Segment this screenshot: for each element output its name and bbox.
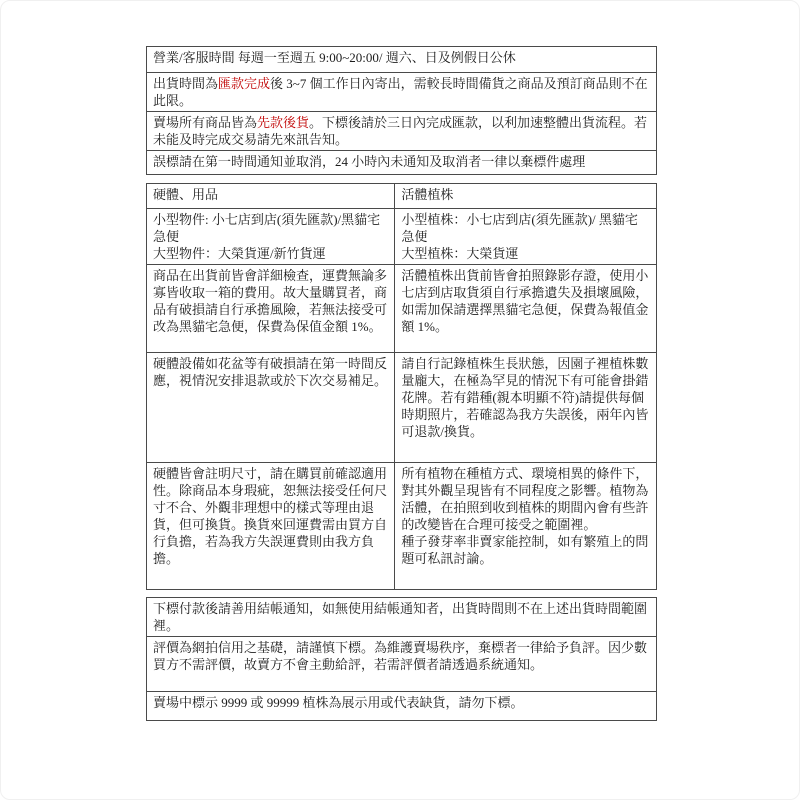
plants-variation-cell: 所有植物在種植方式、環境相異的條件下，對其外觀呈現皆有不同程度之影響。植物為活體… [395, 463, 657, 590]
damage-mislabel-row: 硬體設備如花盆等有破損請在第一時間反應，視情況安排退款或於下次交易補足。 請自行… [147, 353, 657, 463]
business-hours-row: 營業/客服時間 每週一至週五 9:00~20:00/ 週六、日及例假日公休 [147, 47, 657, 73]
rating-policy-row: 評價為網拍信用之基礎，請謹慎下標。為維護賣場秩序，棄標者一律給予負評。因少數買方… [147, 637, 657, 692]
hardware-inspection-cell: 商品在出貨前皆會詳細檢查，運費無論多寡皆收取一箱的費用。故大量購買者，商品有破損… [147, 265, 395, 353]
shipping-time-text: 出貨時間為匯款完成後 3~7 個工作日內寄出，需較長時間備貨之商品及預訂商品則不… [147, 73, 657, 112]
hardware-inspection-text: 商品在出貨前皆會詳細檢查，運費無論多寡皆收取一箱的費用。故大量購買者，商品有破損… [153, 267, 388, 335]
plants-shipping-cell: 小型植株：小七店到店(須先匯款)/ 黑貓宅急便 大型植株：大榮貨運 [395, 209, 657, 265]
inspection-insurance-row: 商品在出貨前皆會詳細檢查，運費無論多寡皆收取一箱的費用。故大量購買者，商品有破損… [147, 265, 657, 353]
plants-shipping-line2: 大型植株：大榮貨運 [401, 245, 650, 262]
shipping-time-prefix: 出貨時間為 [153, 76, 218, 91]
checkout-notice-row: 下標付款後請善用結帳通知，如無使用結帳通知者，出貨時間則不在上述出貨時間範圍裡。 [147, 598, 657, 637]
hardware-column-header: 硬體、用品 [147, 184, 395, 209]
hardware-damage-cell: 硬體設備如花盆等有破損請在第一時間反應，視情況安排退款或於下次交易補足。 [147, 353, 395, 463]
display-stock-row: 賣場中標示 9999 或 99999 植株為展示用或代表缺貨，請勿下標。 [147, 692, 657, 721]
checkout-notice-value: 下標付款後請善用結帳通知，如無使用結帳通知者，出貨時間則不在上述出貨時間範圍裡。 [153, 601, 647, 633]
payment-policy-prefix: 賣場所有商品皆為 [153, 115, 257, 130]
hardware-shipping-cell: 小型物件: 小七店到店(須先匯款)/黑貓宅急便 大型物件：大榮貨運/新竹貨運 [147, 209, 395, 265]
hardware-shipping-line1: 小型物件: 小七店到店(須先匯款)/黑貓宅急便 [153, 211, 388, 245]
plants-column-header: 活體植株 [395, 184, 657, 209]
rating-policy-text: 評價為網拍信用之基礎，請謹慎下標。為維護賣場秩序，棄標者一律給予負評。因少數買方… [147, 637, 657, 692]
plants-shipping-line1: 小型植株：小七店到店(須先匯款)/ 黑貓宅急便 [401, 211, 650, 245]
payment-policy-text: 賣場所有商品皆為先款後貨。下標後請於三日內完成匯款，以利加速整體出貨流程。若未能… [147, 112, 657, 151]
notes-table: 下標付款後請善用結帳通知，如無使用結帳通知者，出貨時間則不在上述出貨時間範圍裡。… [146, 597, 657, 721]
display-stock-value: 賣場中標示 9999 或 99999 植株為展示用或代表缺貨，請勿下標。 [153, 695, 524, 710]
rating-policy-value: 評價為網拍信用之基礎，請謹慎下標。為維護賣場秩序，棄標者一律給予負評。因少數買方… [153, 640, 647, 672]
hardware-returns-cell: 硬體皆會註明尺寸，請在購買前確認適用性。除商品本身瑕疵，恕無法接受任何尺寸不合、… [147, 463, 395, 590]
category-policy-table: 硬體、用品 活體植株 小型物件: 小七店到店(須先匯款)/黑貓宅急便 大型物件：… [146, 183, 657, 590]
page-frame: 營業/客服時間 每週一至週五 9:00~20:00/ 週六、日及例假日公休 出貨… [0, 0, 800, 800]
shipping-methods-row: 小型物件: 小七店到店(須先匯款)/黑貓宅急便 大型物件：大榮貨運/新竹貨運 小… [147, 209, 657, 265]
plants-inspection-text: 活體植株出貨前皆會拍照錄影存證，使用小七店到店取貨須自行承擔遺失及損壞風險，如需… [401, 267, 650, 335]
plants-inspection-cell: 活體植株出貨前皆會拍照錄影存證，使用小七店到店取貨須自行承擔遺失及損壞風險，如需… [395, 265, 657, 353]
seller-policy-document: 營業/客服時間 每週一至週五 9:00~20:00/ 週六、日及例假日公休 出貨… [146, 46, 657, 721]
cancel-policy-value: 誤標請在第一時間通知並取消，24 小時內未通知及取消者一律以棄標件處理 [153, 154, 585, 169]
plants-variation-para1: 所有植物在種植方式、環境相異的條件下，對其外觀呈現皆有不同程度之影響。植物為活體… [401, 465, 650, 533]
plants-variation-para2: 種子發芽率非賣家能控制，如有繁殖上的問題可私訊討論。 [401, 533, 650, 567]
shipping-time-row: 出貨時間為匯款完成後 3~7 個工作日內寄出，需較長時間備貨之商品及預訂商品則不… [147, 73, 657, 112]
business-hours-text: 營業/客服時間 每週一至週五 9:00~20:00/ 週六、日及例假日公休 [147, 47, 657, 73]
plants-mislabel-text: 請自行記錄植株生長狀態，因園子裡植株數量龐大，在極為罕見的情況下有可能會掛錯花牌… [401, 355, 650, 440]
payment-policy-highlight: 先款後貨 [257, 115, 309, 130]
general-policy-table: 營業/客服時間 每週一至週五 9:00~20:00/ 週六、日及例假日公休 出貨… [146, 46, 657, 175]
hardware-damage-text: 硬體設備如花盆等有破損請在第一時間反應，視情況安排退款或於下次交易補足。 [153, 355, 388, 389]
business-hours-value: 營業/客服時間 每週一至週五 9:00~20:00/ 週六、日及例假日公休 [153, 50, 516, 65]
display-stock-text: 賣場中標示 9999 或 99999 植株為展示用或代表缺貨，請勿下標。 [147, 692, 657, 721]
returns-variation-row: 硬體皆會註明尺寸，請在購買前確認適用性。除商品本身瑕疵，恕無法接受任何尺寸不合、… [147, 463, 657, 590]
cancel-policy-row: 誤標請在第一時間通知並取消，24 小時內未通知及取消者一律以棄標件處理 [147, 151, 657, 175]
hardware-shipping-line2: 大型物件：大榮貨運/新竹貨運 [153, 245, 388, 262]
payment-policy-row: 賣場所有商品皆為先款後貨。下標後請於三日內完成匯款，以利加速整體出貨流程。若未能… [147, 112, 657, 151]
cancel-policy-text: 誤標請在第一時間通知並取消，24 小時內未通知及取消者一律以棄標件處理 [147, 151, 657, 175]
checkout-notice-text: 下標付款後請善用結帳通知，如無使用結帳通知者，出貨時間則不在上述出貨時間範圍裡。 [147, 598, 657, 637]
category-header-row: 硬體、用品 活體植株 [147, 184, 657, 209]
hardware-returns-text: 硬體皆會註明尺寸，請在購買前確認適用性。除商品本身瑕疵，恕無法接受任何尺寸不合、… [153, 465, 388, 567]
plants-mislabel-cell: 請自行記錄植株生長狀態，因園子裡植株數量龐大，在極為罕見的情況下有可能會掛錯花牌… [395, 353, 657, 463]
shipping-time-highlight: 匯款完成 [218, 76, 270, 91]
